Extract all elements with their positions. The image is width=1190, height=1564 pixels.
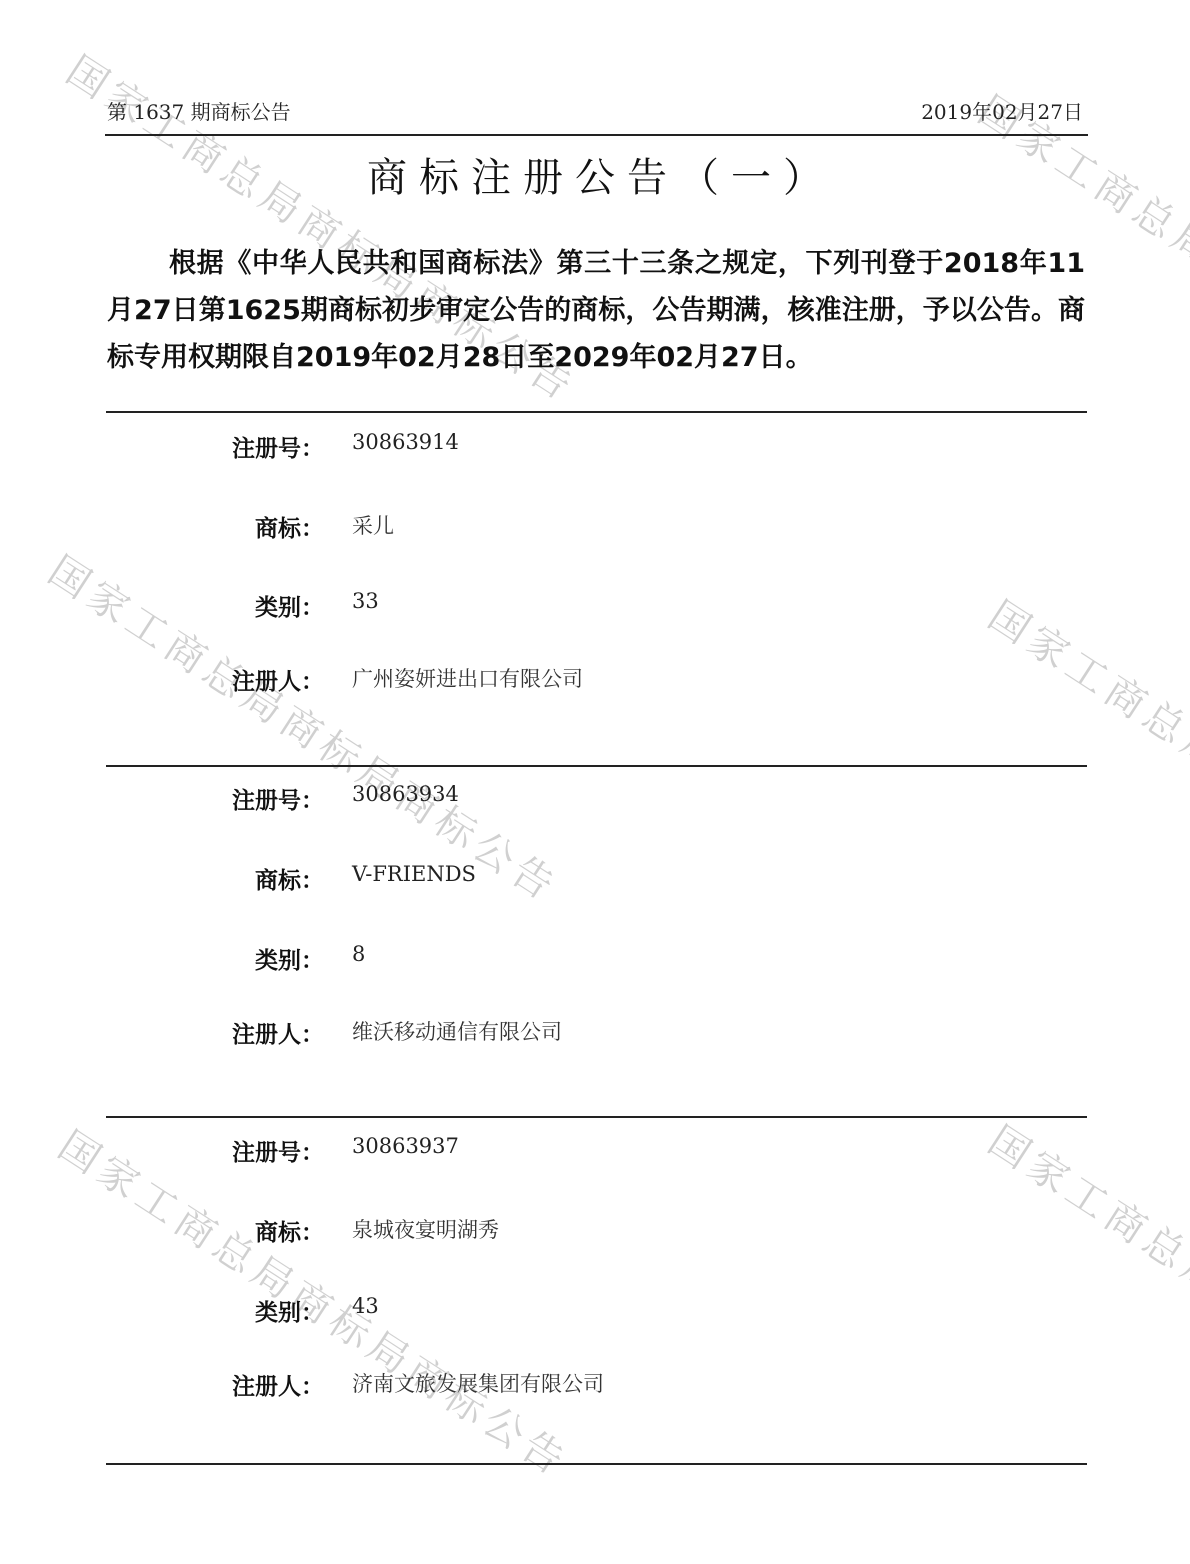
reg-no-value: 30863937: [352, 1134, 459, 1158]
mark-label: 商标：: [255, 862, 324, 895]
field-reg-no: 注册号： 30863934: [0, 782, 1190, 822]
mark-value: V-FRIENDS: [352, 862, 476, 886]
announcement-page: 第 1637 期商标公告 2019年02月27日 商标注册公告（一） 根据《中华…: [0, 0, 1190, 1564]
reg-no-label: 注册号：: [232, 782, 324, 815]
registrant-value: 广州姿妍进出口有限公司: [352, 663, 583, 693]
field-mark: 商标： 采儿: [0, 510, 1190, 550]
field-reg-no: 注册号： 30863937: [0, 1134, 1190, 1174]
field-registrant: 注册人： 广州姿妍进出口有限公司: [0, 663, 1190, 703]
class-label: 类别：: [255, 1294, 324, 1327]
page-title: 商标注册公告（一）: [0, 146, 1190, 203]
reg-no-value: 30863914: [352, 430, 459, 454]
section-divider: [106, 411, 1087, 413]
registrant-value: 维沃移动通信有限公司: [352, 1016, 562, 1046]
header-rule: [105, 134, 1088, 136]
running-header: 第 1637 期商标公告 2019年02月27日: [107, 96, 1085, 126]
class-value: 33: [352, 589, 379, 613]
mark-value: 泉城夜宴明湖秀: [352, 1214, 499, 1244]
mark-label: 商标：: [255, 510, 324, 543]
field-class: 类别： 33: [0, 589, 1190, 629]
field-class: 类别： 43: [0, 1294, 1190, 1334]
intro-paragraph: 根据《中华人民共和国商标法》第三十三条之规定，下列刊登于2018年11月27日第…: [107, 240, 1085, 381]
registrant-label: 注册人：: [232, 663, 324, 696]
mark-label: 商标：: [255, 1214, 324, 1247]
registrant-label: 注册人：: [232, 1368, 324, 1401]
class-label: 类别：: [255, 589, 324, 622]
class-label: 类别：: [255, 942, 324, 975]
field-class: 类别： 8: [0, 942, 1190, 982]
field-registrant: 注册人： 维沃移动通信有限公司: [0, 1016, 1190, 1056]
section-divider: [106, 765, 1087, 767]
reg-no-label: 注册号：: [232, 1134, 324, 1167]
field-registrant: 注册人： 济南文旅发展集团有限公司: [0, 1368, 1190, 1408]
publication-date: 2019年02月27日: [921, 96, 1083, 125]
registrant-value: 济南文旅发展集团有限公司: [352, 1368, 604, 1398]
class-value: 8: [352, 942, 365, 966]
registrant-label: 注册人：: [232, 1016, 324, 1049]
field-mark: 商标： V-FRIENDS: [0, 862, 1190, 902]
section-divider: [106, 1116, 1087, 1118]
mark-value: 采儿: [352, 510, 394, 540]
issue-number: 第 1637 期商标公告: [107, 96, 291, 125]
class-value: 43: [352, 1294, 379, 1318]
reg-no-value: 30863934: [352, 782, 459, 806]
field-mark: 商标： 泉城夜宴明湖秀: [0, 1214, 1190, 1254]
field-reg-no: 注册号： 30863914: [0, 430, 1190, 470]
section-divider: [106, 1463, 1087, 1465]
reg-no-label: 注册号：: [232, 430, 324, 463]
